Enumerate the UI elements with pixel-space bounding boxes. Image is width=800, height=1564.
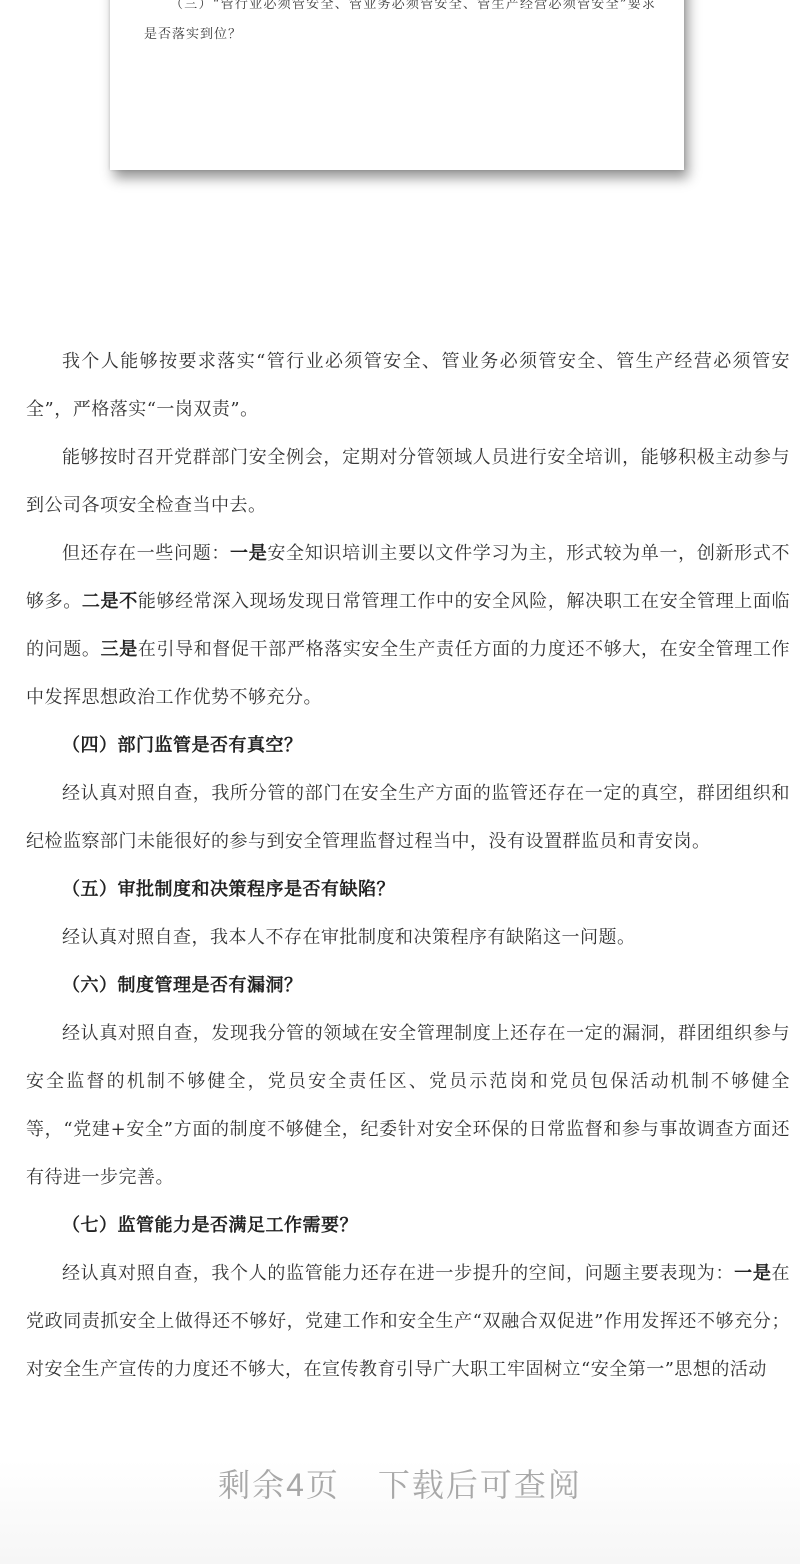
paragraph: 能够按时召开党群部门安全例会，定期对分管领域人员进行安全培训，能够积极主动参与到… (26, 434, 790, 530)
download-hint: 下载后可查阅 (378, 1467, 582, 1503)
section-heading: （五）审批制度和决策程序是否有缺陷？ (26, 866, 790, 914)
previous-page-fragment: （三）“管行业必须管安全、管业务必须管安全、管生产经营必须管安全”要求是否落实到… (110, 0, 684, 170)
paragraph: 经认真对照自查，我本人不存在审批制度和决策程序有缺陷这一问题。 (26, 914, 790, 962)
remaining-pages-count: 剩余4页 (218, 1467, 340, 1503)
paragraph: 经认真对照自查，我所分管的部门在安全生产方面的监管还存在一定的真空，群团组织和纪… (26, 770, 790, 866)
document-body: 我个人能够按要求落实“管行业必须管安全、管业务必须管安全、管生产经营必须管安全”… (26, 338, 790, 1394)
section-heading: （七）监管能力是否满足工作需要？ (26, 1202, 790, 1250)
previous-page-text: （三）“管行业必须管安全、管业务必须管安全、管生产经营必须管安全”要求是否落实到… (144, 0, 656, 50)
remaining-pages-notice: 剩余4页下载后可查阅 (0, 1460, 800, 1564)
paragraph: 但还存在一些问题：一是安全知识培训主要以文件学习为主，形式较为单一，创新形式不够… (26, 530, 790, 722)
paragraph: 经认真对照自查，发现我分管的领域在安全管理制度上还存在一定的漏洞，群团组织参与安… (26, 1010, 790, 1202)
section-heading: （六）制度管理是否有漏洞？ (26, 962, 790, 1010)
paragraph: 经认真对照自查，我个人的监管能力还存在进一步提升的空间，问题主要表现为：一是在党… (26, 1250, 790, 1394)
paragraph: 我个人能够按要求落实“管行业必须管安全、管业务必须管安全、管生产经营必须管安全”… (26, 338, 790, 434)
section-heading: （四）部门监管是否有真空？ (26, 722, 790, 770)
